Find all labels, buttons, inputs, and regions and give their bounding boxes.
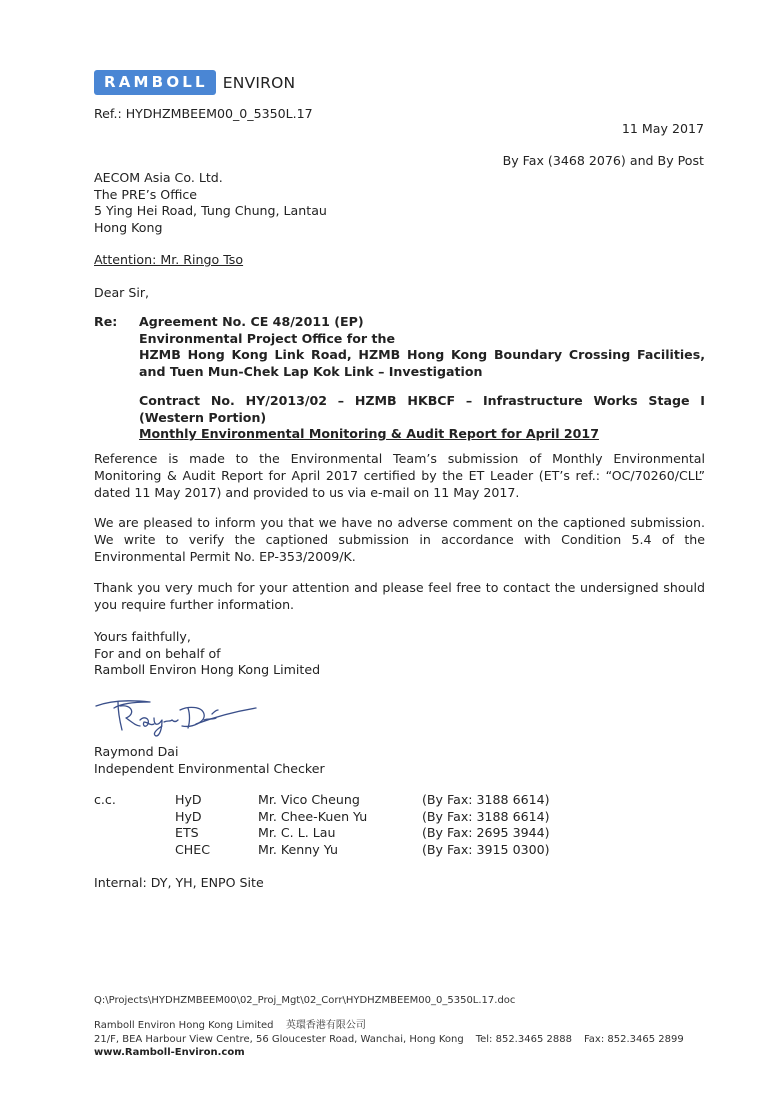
cc-org: HyD [175, 792, 258, 809]
body-paragraph-3: Thank you very much for your attention a… [94, 580, 705, 614]
cc-fax: (By Fax: 3188 6614) [422, 792, 550, 809]
paragraph-text: We are pleased to inform you that we hav… [94, 515, 705, 565]
footer-company: Ramboll Environ Hong Kong Limited [94, 1020, 274, 1031]
contract-line: Contract No. HY/2013/02 – HZMB HKBCF – I… [139, 393, 705, 410]
footer-address: 21/F, BEA Harbour View Centre, 56 Glouce… [94, 1034, 464, 1045]
file-path: Q:\Projects\HYDHZMBEEM00\02_Proj_Mgt\02_… [94, 993, 515, 1010]
cc-name: Mr. C. L. Lau [258, 825, 422, 842]
report-title: Monthly Environmental Monitoring & Audit… [139, 426, 705, 443]
cc-fax: (By Fax: 3915 0300) [422, 842, 550, 859]
cc-name: Mr. Chee-Kuen Yu [258, 809, 422, 826]
address-line: The PRE’s Office [94, 187, 327, 204]
salutation: Dear Sir, [94, 285, 149, 302]
paragraph-text: Thank you very much for your attention a… [94, 580, 705, 614]
subject-line: and Tuen Mun-Chek Lap Kok Link – Investi… [139, 364, 705, 381]
subject-block: Agreement No. CE 48/2011 (EP) Environmen… [139, 314, 705, 443]
closing-line: Ramboll Environ Hong Kong Limited [94, 662, 320, 679]
subject-line: Environmental Project Office for the [139, 331, 705, 348]
subject-line: HZMB Hong Kong Link Road, HZMB Hong Kong… [139, 347, 705, 364]
closing: Yours faithfully, For and on behalf of R… [94, 629, 320, 679]
signer-name: Raymond Dai [94, 744, 325, 761]
cc-row: HyD Mr. Chee-Kuen Yu (By Fax: 3188 6614) [94, 809, 550, 826]
signer: Raymond Dai Independent Environmental Ch… [94, 744, 325, 777]
cc-row: c.c. HyD Mr. Vico Cheung (By Fax: 3188 6… [94, 792, 550, 809]
closing-line: For and on behalf of [94, 646, 320, 663]
footer-website-link[interactable]: www.Ramboll-Environ.com [94, 1046, 684, 1060]
cc-org: ETS [175, 825, 258, 842]
footer-company-chinese: 英環香港有限公司 [286, 1020, 366, 1031]
cc-fax: (By Fax: 3188 6614) [422, 809, 550, 826]
recipient-address: AECOM Asia Co. Ltd. The PRE’s Office 5 Y… [94, 170, 327, 236]
subject-label: Re: [94, 314, 117, 331]
delivery-method: By Fax (3468 2076) and By Post [503, 153, 704, 170]
reference-number: Ref.: HYDHZMBEEM00_0_5350L.17 [94, 106, 313, 123]
attention-line: Attention: Mr. Ringo Tso [94, 252, 243, 269]
cc-org: HyD [175, 809, 258, 826]
internal-distribution: Internal: DY, YH, ENPO Site [94, 875, 264, 892]
logo-brand: RAMBOLL [94, 70, 216, 95]
paragraph-text: Reference is made to the Environmental T… [94, 451, 705, 501]
signature-icon [92, 692, 262, 743]
body-paragraph-1: Reference is made to the Environmental T… [94, 451, 705, 501]
body-paragraph-2: We are pleased to inform you that we hav… [94, 515, 705, 565]
footer-tel: Tel: 852.3465 2888 [476, 1034, 572, 1045]
company-logo: RAMBOLL ENVIRON [94, 70, 295, 95]
logo-brand-suffix: ENVIRON [223, 74, 296, 92]
subject-line: Agreement No. CE 48/2011 (EP) [139, 314, 705, 331]
letter-date: 11 May 2017 [622, 121, 704, 138]
closing-line: Yours faithfully, [94, 629, 320, 646]
cc-row: ETS Mr. C. L. Lau (By Fax: 2695 3944) [94, 825, 550, 842]
cc-fax: (By Fax: 2695 3944) [422, 825, 550, 842]
address-line: 5 Ying Hei Road, Tung Chung, Lantau [94, 203, 327, 220]
contract-line: (Western Portion) [139, 410, 705, 427]
footer-fax: Fax: 852.3465 2899 [584, 1034, 684, 1045]
address-line: AECOM Asia Co. Ltd. [94, 170, 327, 187]
cc-name: Mr. Vico Cheung [258, 792, 422, 809]
address-line: Hong Kong [94, 220, 327, 237]
cc-name: Mr. Kenny Yu [258, 842, 422, 859]
cc-row: CHEC Mr. Kenny Yu (By Fax: 3915 0300) [94, 842, 550, 859]
cc-label: c.c. [94, 792, 175, 809]
letterhead-footer: Ramboll Environ Hong Kong Limited 英環香港有限… [94, 1019, 684, 1060]
cc-list: c.c. HyD Mr. Vico Cheung (By Fax: 3188 6… [94, 792, 550, 858]
signer-title: Independent Environmental Checker [94, 761, 325, 778]
cc-org: CHEC [175, 842, 258, 859]
